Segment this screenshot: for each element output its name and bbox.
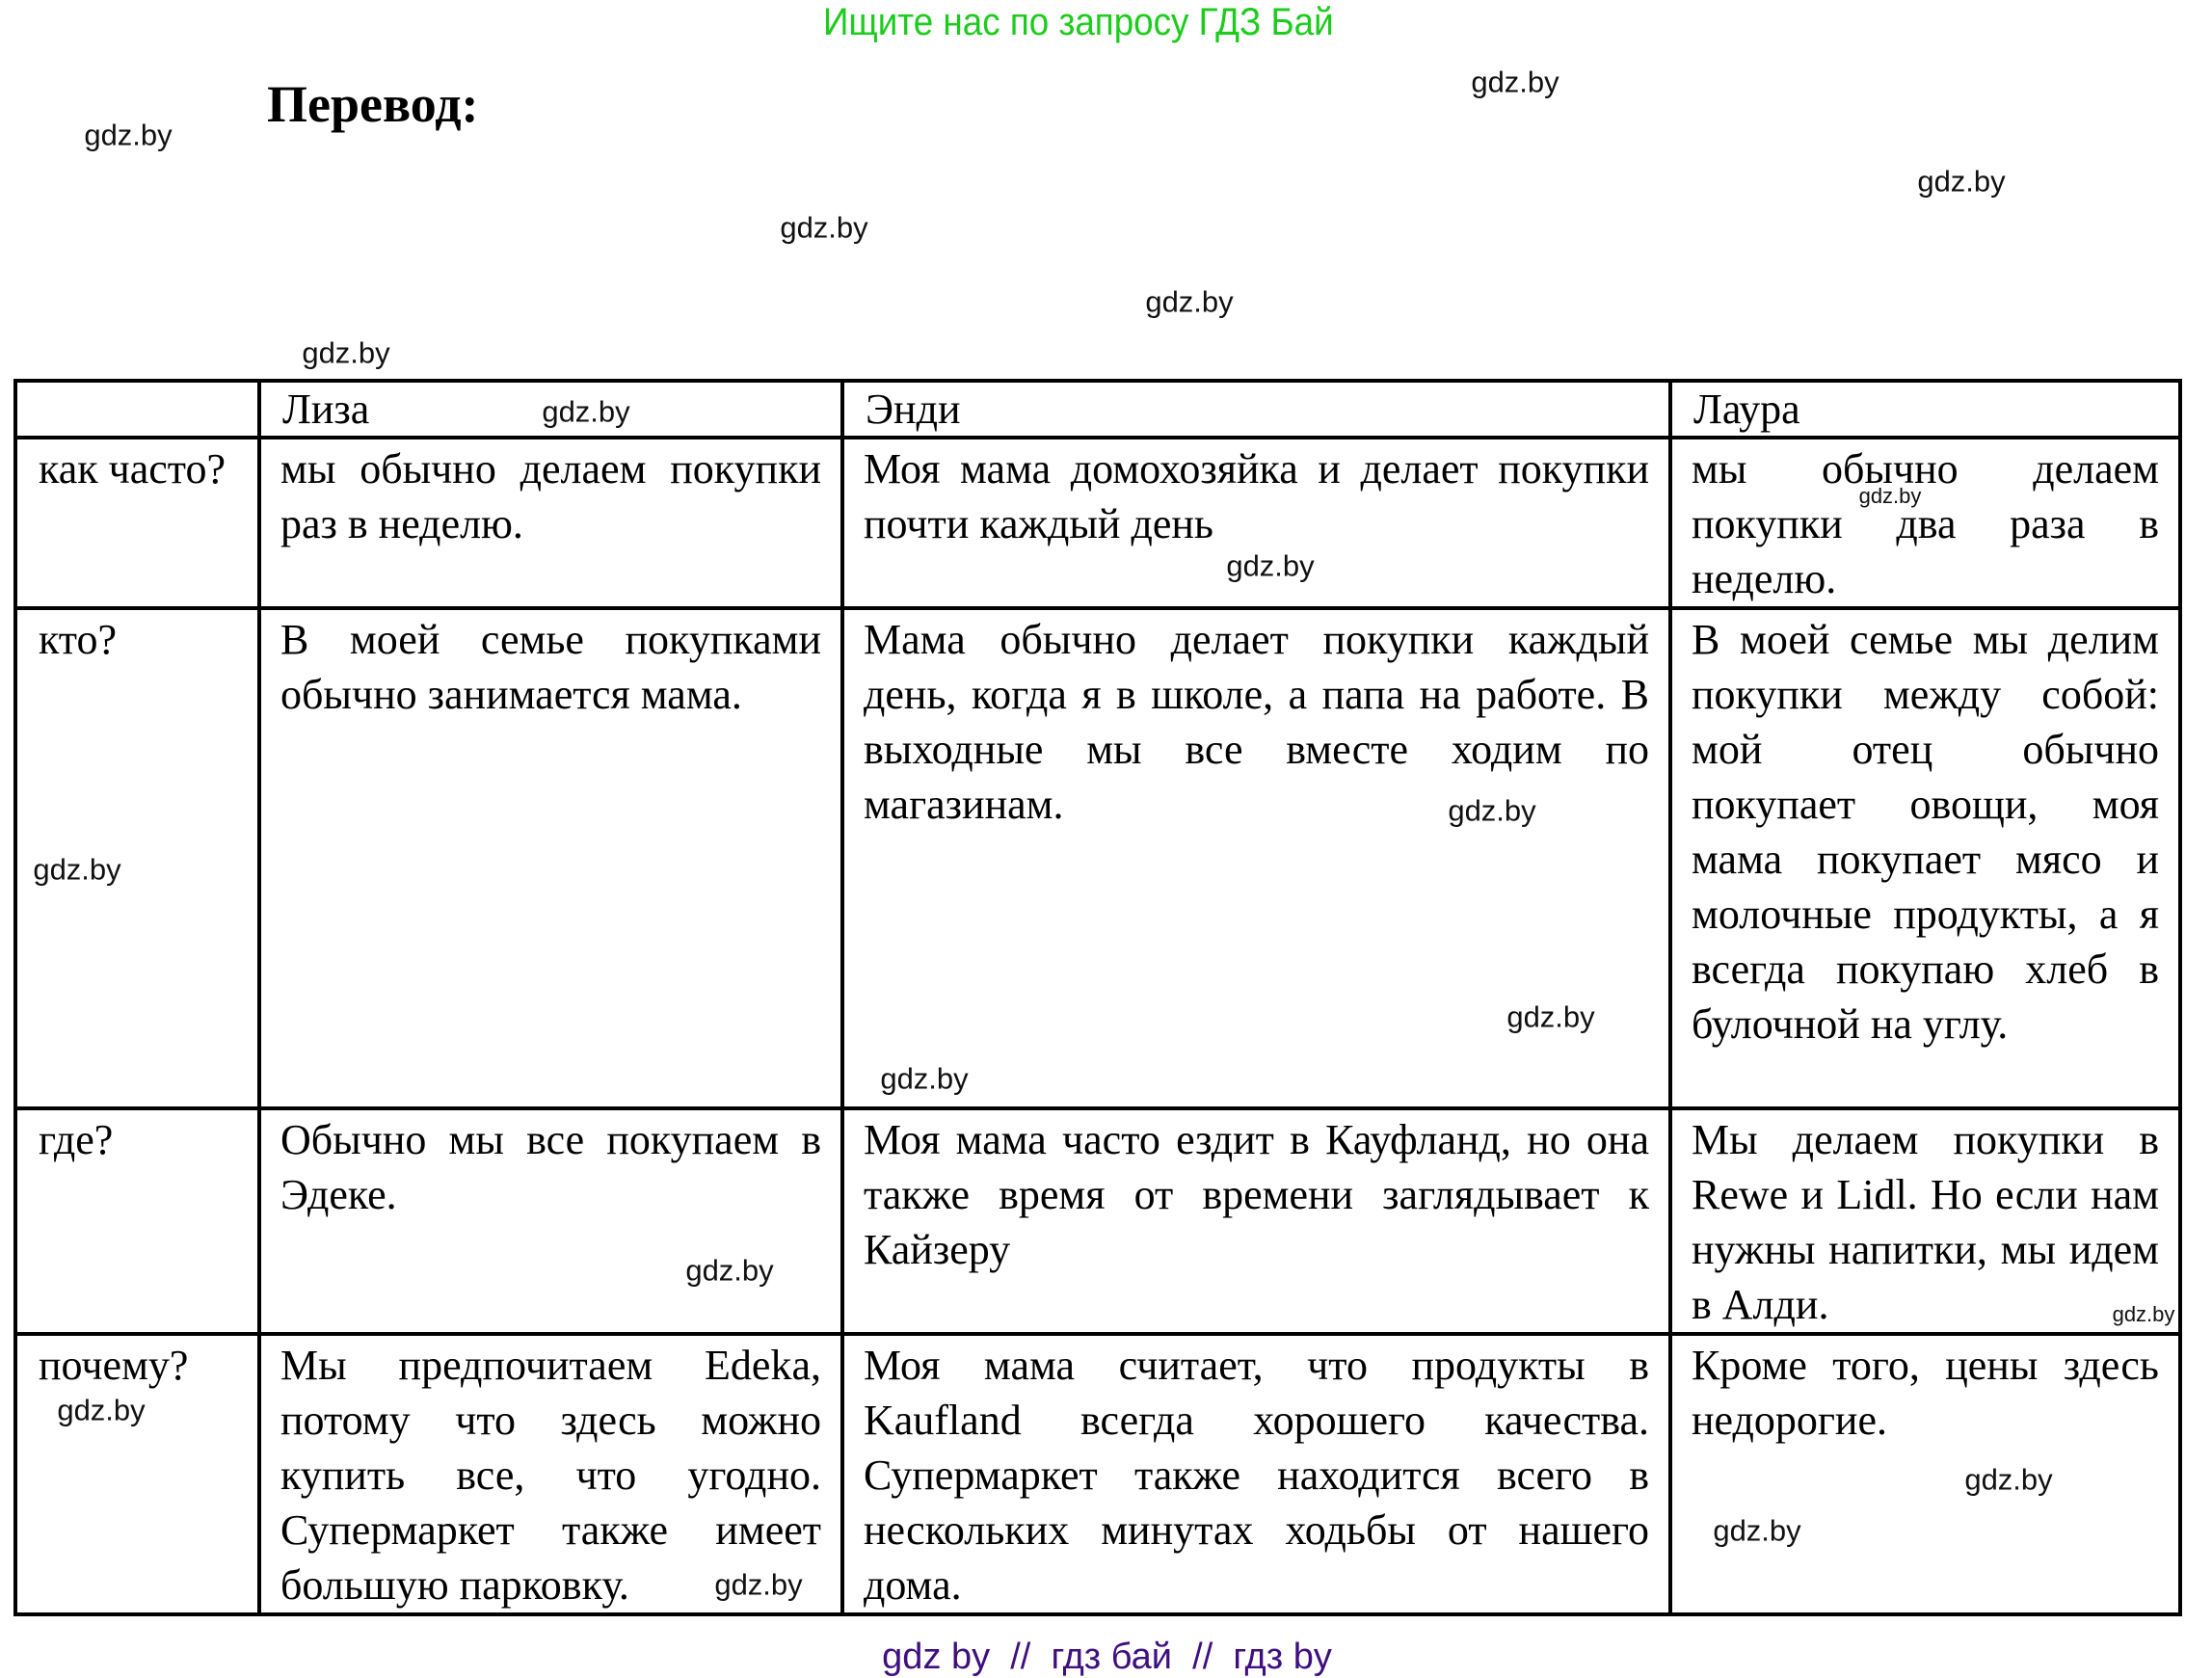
watermark: gdz.by: [2113, 1304, 2175, 1325]
table-header-row: Лиза Энди Лаура: [15, 381, 2180, 438]
table-cell: мы обычно делаем покупки два раза в неде…: [1670, 438, 2180, 608]
watermark: gdz.by: [1964, 1465, 2052, 1495]
watermark: gdz.by: [33, 855, 120, 885]
table-cell: Кроме того, цены здесь недорогие.: [1670, 1334, 2180, 1614]
row-label: почему?: [15, 1334, 259, 1614]
watermark: gdz.by: [302, 338, 389, 368]
table-row: как часто? мы обычно делаем покупки раз …: [15, 438, 2180, 608]
watermark: gdz.by: [1917, 167, 2005, 197]
watermark: gdz.by: [1226, 551, 1314, 581]
table-cell: В моей семье мы делим покупки между собо…: [1670, 608, 2180, 1108]
table-row: где? Обычно мы все покупаем в Эдеке. Моя…: [15, 1108, 2180, 1334]
promo-banner: Ищите нас по запросу ГДЗ Бай: [823, 0, 1348, 44]
watermark: gdz.by: [1471, 67, 1559, 97]
header-cell-laura: Лаура: [1670, 381, 2180, 438]
translation-table: Лиза Энди Лаура как часто? мы обычно дел…: [13, 379, 2182, 1616]
table-cell: Мы делаем покупки в Rewe и Lidl. Но если…: [1670, 1108, 2180, 1334]
header-cell-andy: Энди: [842, 381, 1670, 438]
table-row: почему? Мы предпочитаем Edeka, потому чт…: [15, 1334, 2180, 1614]
page-title: Перевод:: [267, 75, 479, 133]
table-row: кто? В моей семье покупками обычно заним…: [15, 608, 2180, 1108]
watermark: gdz.by: [780, 213, 867, 243]
watermark: gdz.by: [1713, 1516, 1800, 1546]
table-cell: Моя мама считает, что продукты в Kauflan…: [842, 1334, 1670, 1614]
watermark: gdz.by: [1506, 1002, 1594, 1032]
watermark: gdz.by: [880, 1064, 968, 1094]
watermark: gdz.by: [542, 397, 629, 427]
watermark: gdz.by: [1145, 287, 1233, 317]
table-cell: мы обычно делаем покупки раз в неделю.: [259, 438, 842, 608]
table-cell: В моей семье покупками обычно занимается…: [259, 608, 842, 1108]
watermark: gdz.by: [714, 1570, 802, 1600]
watermark: gdz.by: [1859, 486, 1922, 507]
header-cell-empty: [15, 381, 259, 438]
watermark: gdz.by: [84, 120, 172, 150]
footer-links: gdz by // гдз бай // гдз by: [860, 1637, 1354, 1677]
row-label: где?: [15, 1108, 259, 1334]
watermark: gdz.by: [57, 1396, 145, 1425]
table-cell: Обычно мы все покупаем в Эдеке.: [259, 1108, 842, 1334]
row-label: как часто?: [15, 438, 259, 608]
table-cell: Моя мама часто ездит в Кауфланд, но она …: [842, 1108, 1670, 1334]
watermark: gdz.by: [685, 1256, 773, 1286]
watermark: gdz.by: [1448, 796, 1535, 826]
